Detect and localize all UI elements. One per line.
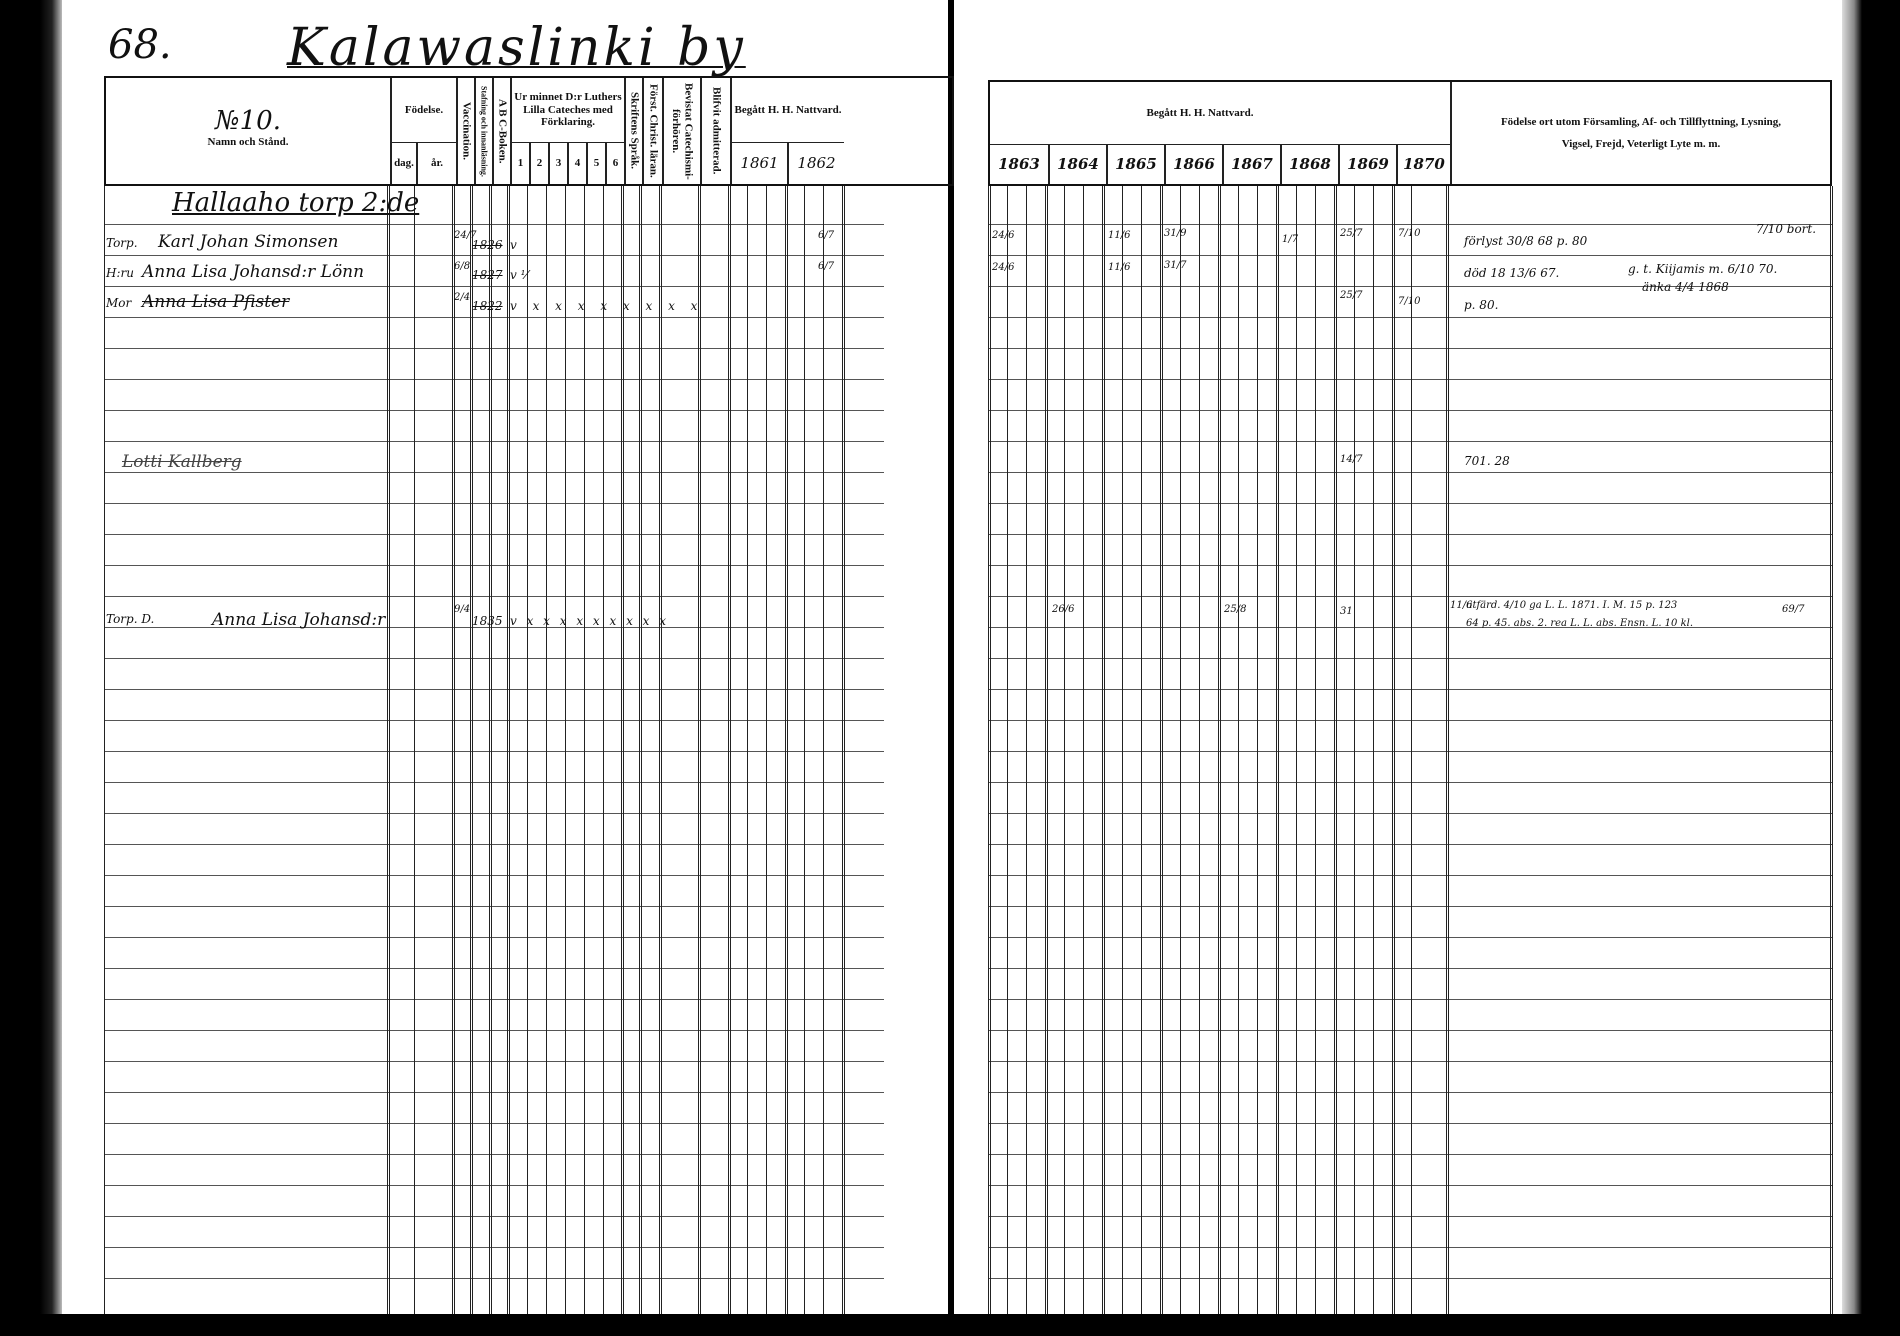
reading-header: Stafning och innanläsning. xyxy=(474,78,492,184)
communion-1866: 25/8 xyxy=(1224,604,1246,615)
column-line xyxy=(785,186,788,1314)
column-line xyxy=(659,186,662,1314)
communion-year-1868: 1868 xyxy=(1280,144,1338,184)
row-line xyxy=(988,1030,1832,1031)
column-line xyxy=(1007,186,1008,1314)
entry-name: Lotti Kallberg xyxy=(122,452,242,472)
column-line xyxy=(1083,186,1084,1314)
communion-year-1865: 1865 xyxy=(1106,144,1164,184)
column-line xyxy=(527,186,528,1314)
column-line xyxy=(621,186,624,1314)
communion-year-1861: 1861 xyxy=(730,142,787,184)
column-line xyxy=(1122,186,1123,1314)
entry-name: Karl Johan Simonsen xyxy=(158,232,338,252)
column-line xyxy=(988,186,991,1314)
vaccination-header: Vaccination. xyxy=(456,78,474,184)
column-line xyxy=(1064,186,1065,1314)
birth-year: 1835 xyxy=(472,614,503,628)
row-line xyxy=(988,410,1832,411)
abc-book-header: A B C-Boken. xyxy=(492,78,510,184)
column-line xyxy=(1160,186,1163,1314)
birth-day-header: dag. xyxy=(390,142,416,184)
communion-year-1862: 1862 xyxy=(787,142,844,184)
remark: p. 80. xyxy=(1464,298,1498,312)
right-header-table: Begått H. H. Nattvard. 1863 1864 1865 18… xyxy=(988,80,1832,186)
column-line xyxy=(639,186,642,1314)
name-column-label: Namn och Stånd. xyxy=(106,136,390,148)
row-line xyxy=(104,348,884,349)
row-line xyxy=(988,348,1832,349)
row-line xyxy=(104,999,884,1000)
row-line xyxy=(104,255,884,256)
row-line xyxy=(104,286,884,287)
row-line xyxy=(104,782,884,783)
column-line xyxy=(1334,186,1337,1314)
communion-1870: 7/10 xyxy=(1398,296,1420,307)
admitted-header: Blifvit admitterad. xyxy=(700,78,730,184)
birth-header: Födelse. xyxy=(390,78,456,142)
column-line xyxy=(1141,186,1142,1314)
row-line xyxy=(104,1123,884,1124)
remark: 69/7 xyxy=(1782,604,1804,615)
column-line xyxy=(823,186,824,1314)
column-line xyxy=(1180,186,1181,1314)
row-line xyxy=(104,503,884,504)
column-line xyxy=(565,186,566,1314)
column-line xyxy=(1296,186,1297,1314)
communion-header: Begått H. H. Nattvard. xyxy=(990,82,1410,144)
communion-year-1863: 1863 xyxy=(990,144,1048,184)
communion-1868: 1/7 xyxy=(1282,234,1298,245)
communion-1866: 31/7 xyxy=(1164,260,1186,271)
row-line xyxy=(988,658,1832,659)
row-line xyxy=(988,224,1832,225)
column-line xyxy=(603,186,604,1314)
communion-1866: 31/9 xyxy=(1164,228,1186,239)
catechism-marks: v x x x x x x x x xyxy=(510,299,703,313)
row-line xyxy=(988,937,1832,938)
row-line xyxy=(104,1092,884,1093)
entry-name: Anna Lisa Johansd:r Lönn xyxy=(142,262,364,282)
communion-year-1864: 1864 xyxy=(1048,144,1106,184)
communion-1862: 6/7 xyxy=(818,261,834,272)
right-page: Begått H. H. Nattvard. 1863 1864 1865 18… xyxy=(956,0,1842,1314)
book-spine xyxy=(948,0,954,1320)
remark-extra: änka 4/4 1868 xyxy=(1642,280,1729,294)
birth-day: 6/8 xyxy=(454,261,470,272)
birth-year-header: år. xyxy=(416,142,456,184)
column-line xyxy=(747,186,748,1314)
row-line xyxy=(104,689,884,690)
row-line xyxy=(104,720,884,721)
catechism-part-2: 2 xyxy=(529,142,548,184)
column-line xyxy=(1257,186,1258,1314)
row-line xyxy=(988,875,1832,876)
row-line xyxy=(988,1278,1832,1279)
catechism-part-4: 4 xyxy=(567,142,586,184)
catechetical-exams-header: Bevistat Catechismi-förhören. xyxy=(662,78,700,184)
catechism-marks: v x x x x x x x x x xyxy=(510,614,669,628)
row-line xyxy=(988,565,1832,566)
row-line xyxy=(988,813,1832,814)
birth-day: 9/4 xyxy=(454,604,470,615)
communion-1863: 24/6 xyxy=(992,262,1014,273)
remark: utfärd. 4/10 ga L. L. 1871. I. M. 15 p. … xyxy=(1466,600,1677,611)
left-header-table: №10. Namn och Stånd. Födelse. dag. år. V… xyxy=(104,76,954,186)
catechism-part-5: 5 xyxy=(586,142,605,184)
row-line xyxy=(104,906,884,907)
row-line xyxy=(104,813,884,814)
column-line xyxy=(489,186,492,1314)
column-line xyxy=(728,186,731,1314)
scripture-header: Skriftens Språk. xyxy=(624,78,642,184)
row-line xyxy=(988,1092,1832,1093)
column-line xyxy=(414,186,415,1314)
row-line xyxy=(104,875,884,876)
row-line xyxy=(104,1154,884,1155)
column-line xyxy=(1026,186,1027,1314)
village-title: Kalawaslinki by xyxy=(287,18,746,78)
communion-1869: 14/7 xyxy=(1340,454,1362,465)
row-line xyxy=(988,844,1832,845)
communion-year-1867: 1867 xyxy=(1222,144,1280,184)
communion-year-1866: 1866 xyxy=(1164,144,1222,184)
row-line xyxy=(988,720,1832,721)
remark-extra: 7/10 bort. xyxy=(1756,222,1816,236)
row-line xyxy=(988,503,1832,504)
row-line xyxy=(988,751,1832,752)
christian-doctrine-header: Först. Christ. läran. xyxy=(642,78,662,184)
row-line xyxy=(104,565,884,566)
column-line xyxy=(1238,186,1239,1314)
column-line xyxy=(1276,186,1279,1314)
row-line xyxy=(104,968,884,969)
row-line xyxy=(988,1123,1832,1124)
catechism-part-3: 3 xyxy=(548,142,567,184)
row-line xyxy=(104,1061,884,1062)
communion-1868: 31 xyxy=(1340,606,1353,617)
column-line xyxy=(1102,186,1105,1314)
homestead-heading: Hallaaho torp 2:de xyxy=(172,188,419,218)
entry-name: Anna Lisa Johansd:r xyxy=(212,610,385,630)
birth-year: 1826 xyxy=(472,238,503,252)
row-line xyxy=(104,1030,884,1031)
row-line xyxy=(988,999,1832,1000)
column-line xyxy=(698,186,701,1314)
communion-1864: 26/6 xyxy=(1052,604,1074,615)
communion-1865: 11/6 xyxy=(1108,230,1130,241)
row-line xyxy=(988,906,1832,907)
row-line xyxy=(104,596,884,597)
remark: förlyst 30/8 68 p. 80 xyxy=(1464,234,1587,248)
birth-year: 1827 xyxy=(472,268,503,282)
row-line xyxy=(104,379,884,380)
row-line xyxy=(104,224,884,225)
communion-1869: 25/7 xyxy=(1340,290,1362,301)
column-line xyxy=(1045,186,1048,1314)
column-line xyxy=(1411,186,1412,1314)
column-line xyxy=(1354,186,1355,1314)
communion-year-1869: 1869 xyxy=(1338,144,1396,184)
book-binding-left-edge xyxy=(0,0,62,1336)
column-line xyxy=(387,186,390,1314)
row-line xyxy=(104,1247,884,1248)
row-line xyxy=(988,441,1832,442)
entry-title: Torp. xyxy=(106,236,138,250)
entry-title: H:ru xyxy=(106,266,134,280)
catechism-marks: v xyxy=(510,238,517,252)
row-line xyxy=(104,472,884,473)
communion-1863: 24/6 xyxy=(992,230,1014,241)
communion-1862: 6/7 xyxy=(818,230,834,241)
row-line xyxy=(104,1216,884,1217)
row-line xyxy=(104,844,884,845)
row-line xyxy=(104,937,884,938)
row-line xyxy=(104,534,884,535)
catechism-marks: v ⅟ xyxy=(510,268,527,282)
remarks-header: Födelse ort utom Församling, Af- och Til… xyxy=(1450,82,1830,184)
row-line xyxy=(988,379,1832,380)
catechism-part-1: 1 xyxy=(510,142,529,184)
column-line xyxy=(842,186,845,1314)
row-line xyxy=(988,1061,1832,1062)
column-line xyxy=(1315,186,1316,1314)
row-line xyxy=(104,441,884,442)
column-line xyxy=(1373,186,1374,1314)
column-line xyxy=(766,186,767,1314)
column-line xyxy=(1392,186,1395,1314)
remark-extra: g. t. Kiijamis m. 6/10 70. xyxy=(1628,262,1777,276)
row-line xyxy=(104,1278,884,1279)
row-line xyxy=(104,1185,884,1186)
catechism-header: Ur minnet D:r Luthers Lilla Cateches med… xyxy=(510,78,624,142)
household-number: №10. xyxy=(106,106,390,136)
row-line xyxy=(104,751,884,752)
entry-title: Mor xyxy=(106,296,131,310)
column-line xyxy=(507,186,510,1314)
row-line xyxy=(988,1216,1832,1217)
row-line xyxy=(988,317,1832,318)
row-line xyxy=(988,596,1832,597)
communion-year-1870: 1870 xyxy=(1396,144,1450,184)
row-line xyxy=(988,689,1832,690)
column-line xyxy=(452,186,455,1314)
row-line xyxy=(104,317,884,318)
remark: död 18 13/6 67. xyxy=(1464,266,1559,280)
row-line xyxy=(988,968,1832,969)
row-line xyxy=(988,627,1832,628)
remark: 701. 28 xyxy=(1464,454,1510,468)
communion-1869: 25/7 xyxy=(1340,228,1362,239)
column-line xyxy=(1199,186,1200,1314)
communion-header: Begått H. H. Nattvard. xyxy=(730,78,844,142)
entry-name: Anna Lisa Pfister xyxy=(142,292,289,312)
column-line xyxy=(1218,186,1221,1314)
communion-1865: 11/6 xyxy=(1108,262,1130,273)
column-line xyxy=(584,186,585,1314)
row-line xyxy=(988,782,1832,783)
row-line xyxy=(988,1247,1832,1248)
book-binding-right-edge xyxy=(1842,0,1900,1336)
column-line xyxy=(1446,186,1449,1314)
birth-year: 1822 xyxy=(472,299,503,313)
name-column-header: №10. Namn och Stånd. xyxy=(106,78,390,184)
catechism-part-6: 6 xyxy=(605,142,624,184)
row-line xyxy=(104,410,884,411)
row-line xyxy=(988,1154,1832,1155)
row-line xyxy=(988,1185,1832,1186)
page-number: 68. xyxy=(108,22,172,68)
birth-day: 2/4 xyxy=(454,292,470,303)
column-line xyxy=(804,186,805,1314)
column-line xyxy=(104,186,105,1314)
row-line xyxy=(988,255,1832,256)
entry-title: Torp. D. xyxy=(106,612,154,626)
left-page: 68. Kalawaslinki by №10. Namn och Stånd.… xyxy=(62,0,946,1314)
row-line xyxy=(104,658,884,659)
column-line xyxy=(470,186,473,1314)
column-line xyxy=(1830,186,1833,1314)
communion-1870: 7/10 xyxy=(1398,228,1420,239)
row-line xyxy=(988,472,1832,473)
remark: 64 p. 45. abs. 2. rea L. L. abs. Ensn. L… xyxy=(1466,618,1693,629)
row-line xyxy=(988,534,1832,535)
column-line xyxy=(546,186,547,1314)
